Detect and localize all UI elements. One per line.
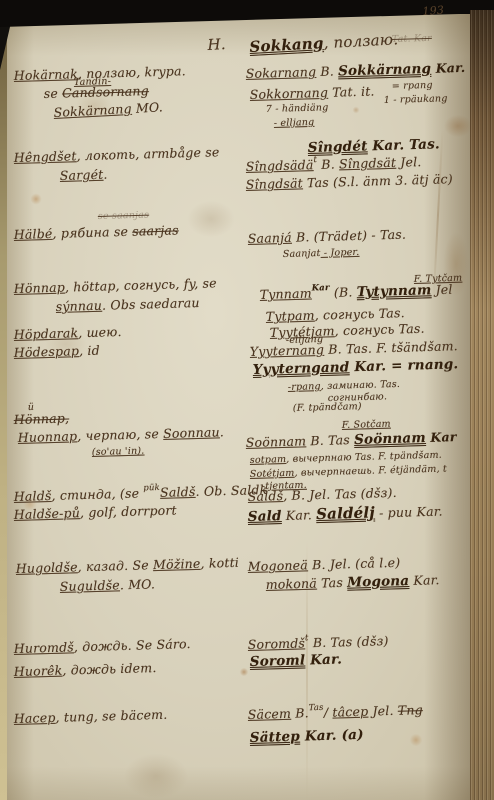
marginal-note: F. Sotčam (342, 419, 391, 431)
section-letter: H. (207, 35, 226, 54)
headword-line: Höpdarak, шею. (14, 324, 122, 342)
sub-note: (F. tpändčam) (293, 401, 362, 414)
manuscript-page (6, 14, 470, 800)
suffix-note: - elljang (274, 117, 315, 129)
underlying-page-edge (0, 24, 7, 800)
cross-reference-line: se Candsornang (44, 83, 150, 101)
equivalent-line: Soroml Kar. (250, 651, 343, 670)
book-fore-edge (470, 10, 494, 800)
sub-note: (so'au 'in). (92, 446, 145, 458)
marginal-note: = rpang (392, 80, 433, 92)
variant-line: Suguldše. MO. (60, 576, 156, 594)
page-number: 193 (422, 4, 444, 18)
cross-reference-line: Sargét. (60, 167, 108, 183)
struck-headword-line: Hönnap, (14, 410, 70, 427)
marginal-note: 1 - rpäukang (384, 93, 448, 106)
section-header-note: Tat. Kar (392, 33, 432, 45)
erased-note: se saanjas (98, 210, 150, 222)
suffix-note: 7 - händiäng (266, 102, 329, 115)
equivalent-line: Sättep Kar. (a) (250, 727, 364, 746)
headword-line: Hödespap, id (14, 343, 100, 360)
sub-note: Saanjat - Joper. (283, 247, 360, 260)
